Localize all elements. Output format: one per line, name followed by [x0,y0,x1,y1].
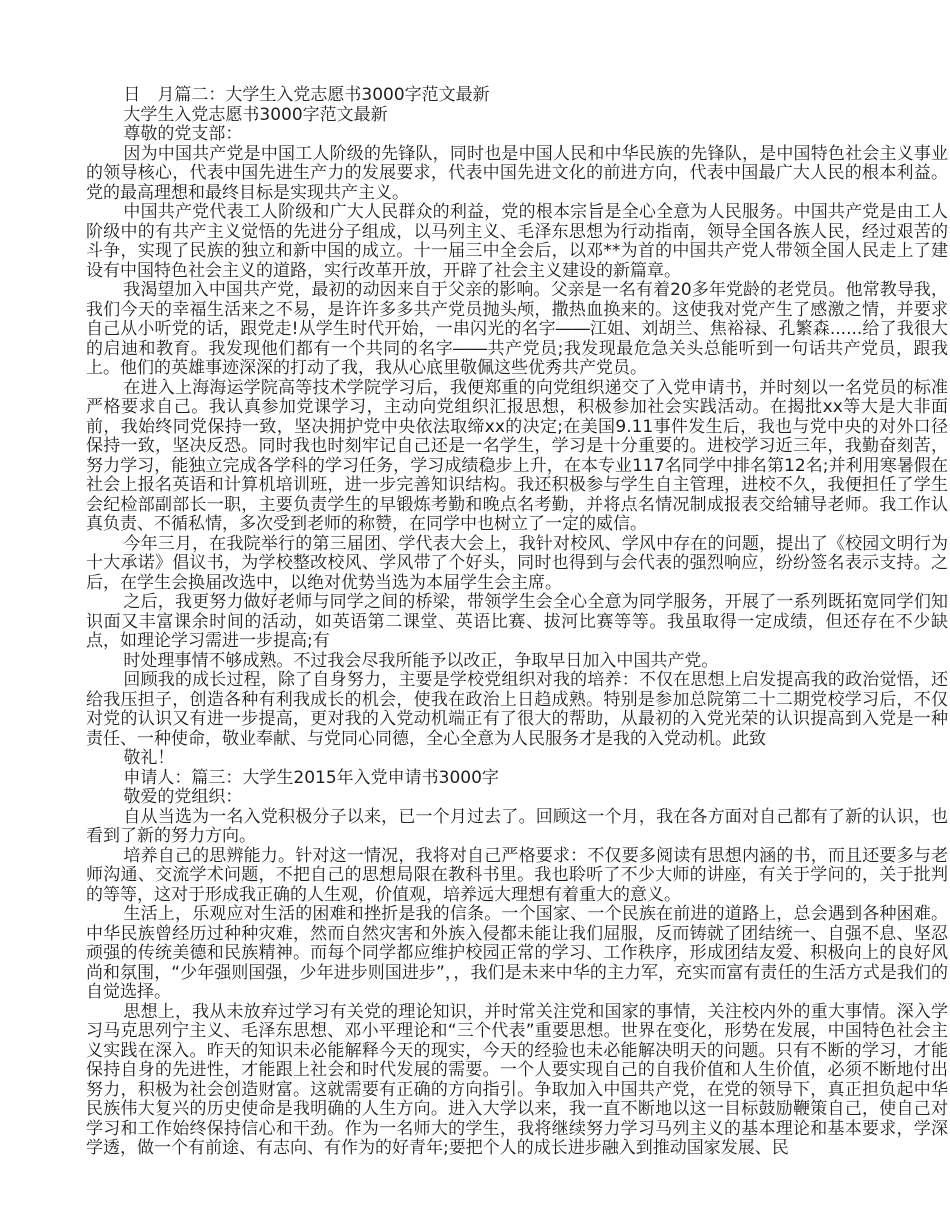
paragraph: 敬爱的党组织： [86,788,948,808]
paragraph: 在进入上海海运学院高等技术学院学习后，我便郑重的向党组织递交了入党申请书，并时刻… [86,379,948,535]
paragraph: 今年三月，在我院举行的第三届团、学代表大会上，我针对校风、学风中存在的问题，提出… [86,535,948,594]
document-body: 日 月篇二：大学生入党志愿书3000字范文最新大学生入党志愿书3000字范文最新… [86,86,948,1159]
paragraph: 因为中国共产党是中国工人阶级的先锋队，同时也是中国人民和中华民族的先锋队，是中国… [86,145,948,204]
paragraph: 培养自己的思辨能力。针对这一情况，我将对自己严格要求：不仅要多阅读有思想内涵的书… [86,847,948,906]
paragraph: 时处理事情不够成熟。不过我会尽我所能予以改正，争取早日加入中国共产党。 [86,652,948,672]
paragraph: 回顾我的成长过程，除了自身努力，主要是学校党组织对我的培养：不仅在思想上启发提高… [86,671,948,749]
paragraph: 我渴望加入中国共产党，最初的动因来自于父亲的影响。父亲是一名有着20多年党龄的老… [86,281,948,379]
paragraph: 敬礼！ [86,749,948,769]
page: { "page": { "background_color": "#ffffff… [0,0,950,1230]
document: 日 月篇二：大学生入党志愿书3000字范文最新大学生入党志愿书3000字范文最新… [86,86,948,1159]
paragraph: 之后，我更努力做好老师与同学之间的桥梁，带领学生会全心全意为同学服务，开展了一系… [86,593,948,652]
paragraph: 中国共产党代表工人阶级和广大人民群众的利益，党的根本宗旨是全心全意为人民服务。中… [86,203,948,281]
paragraph: 尊敬的党支部： [86,125,948,145]
paragraph: 生活上，乐观应对生活的困难和挫折是我的信条。一个国家、一个民族在前进的道路上，总… [86,905,948,1003]
paragraph: 自从当选为一名入党积极分子以来，已一个月过去了。回顾这一个月，我在各方面对自己都… [86,808,948,847]
paragraph: 思想上，我从未放弃过学习有关党的理论知识，并时常关注党和国家的事情，关注校内外的… [86,1003,948,1159]
paragraph: 申请人：篇三：大学生2015年入党申请书3000字 [86,769,948,789]
paragraph: 大学生入党志愿书3000字范文最新 [86,106,948,126]
paragraph: 日 月篇二：大学生入党志愿书3000字范文最新 [86,86,948,106]
